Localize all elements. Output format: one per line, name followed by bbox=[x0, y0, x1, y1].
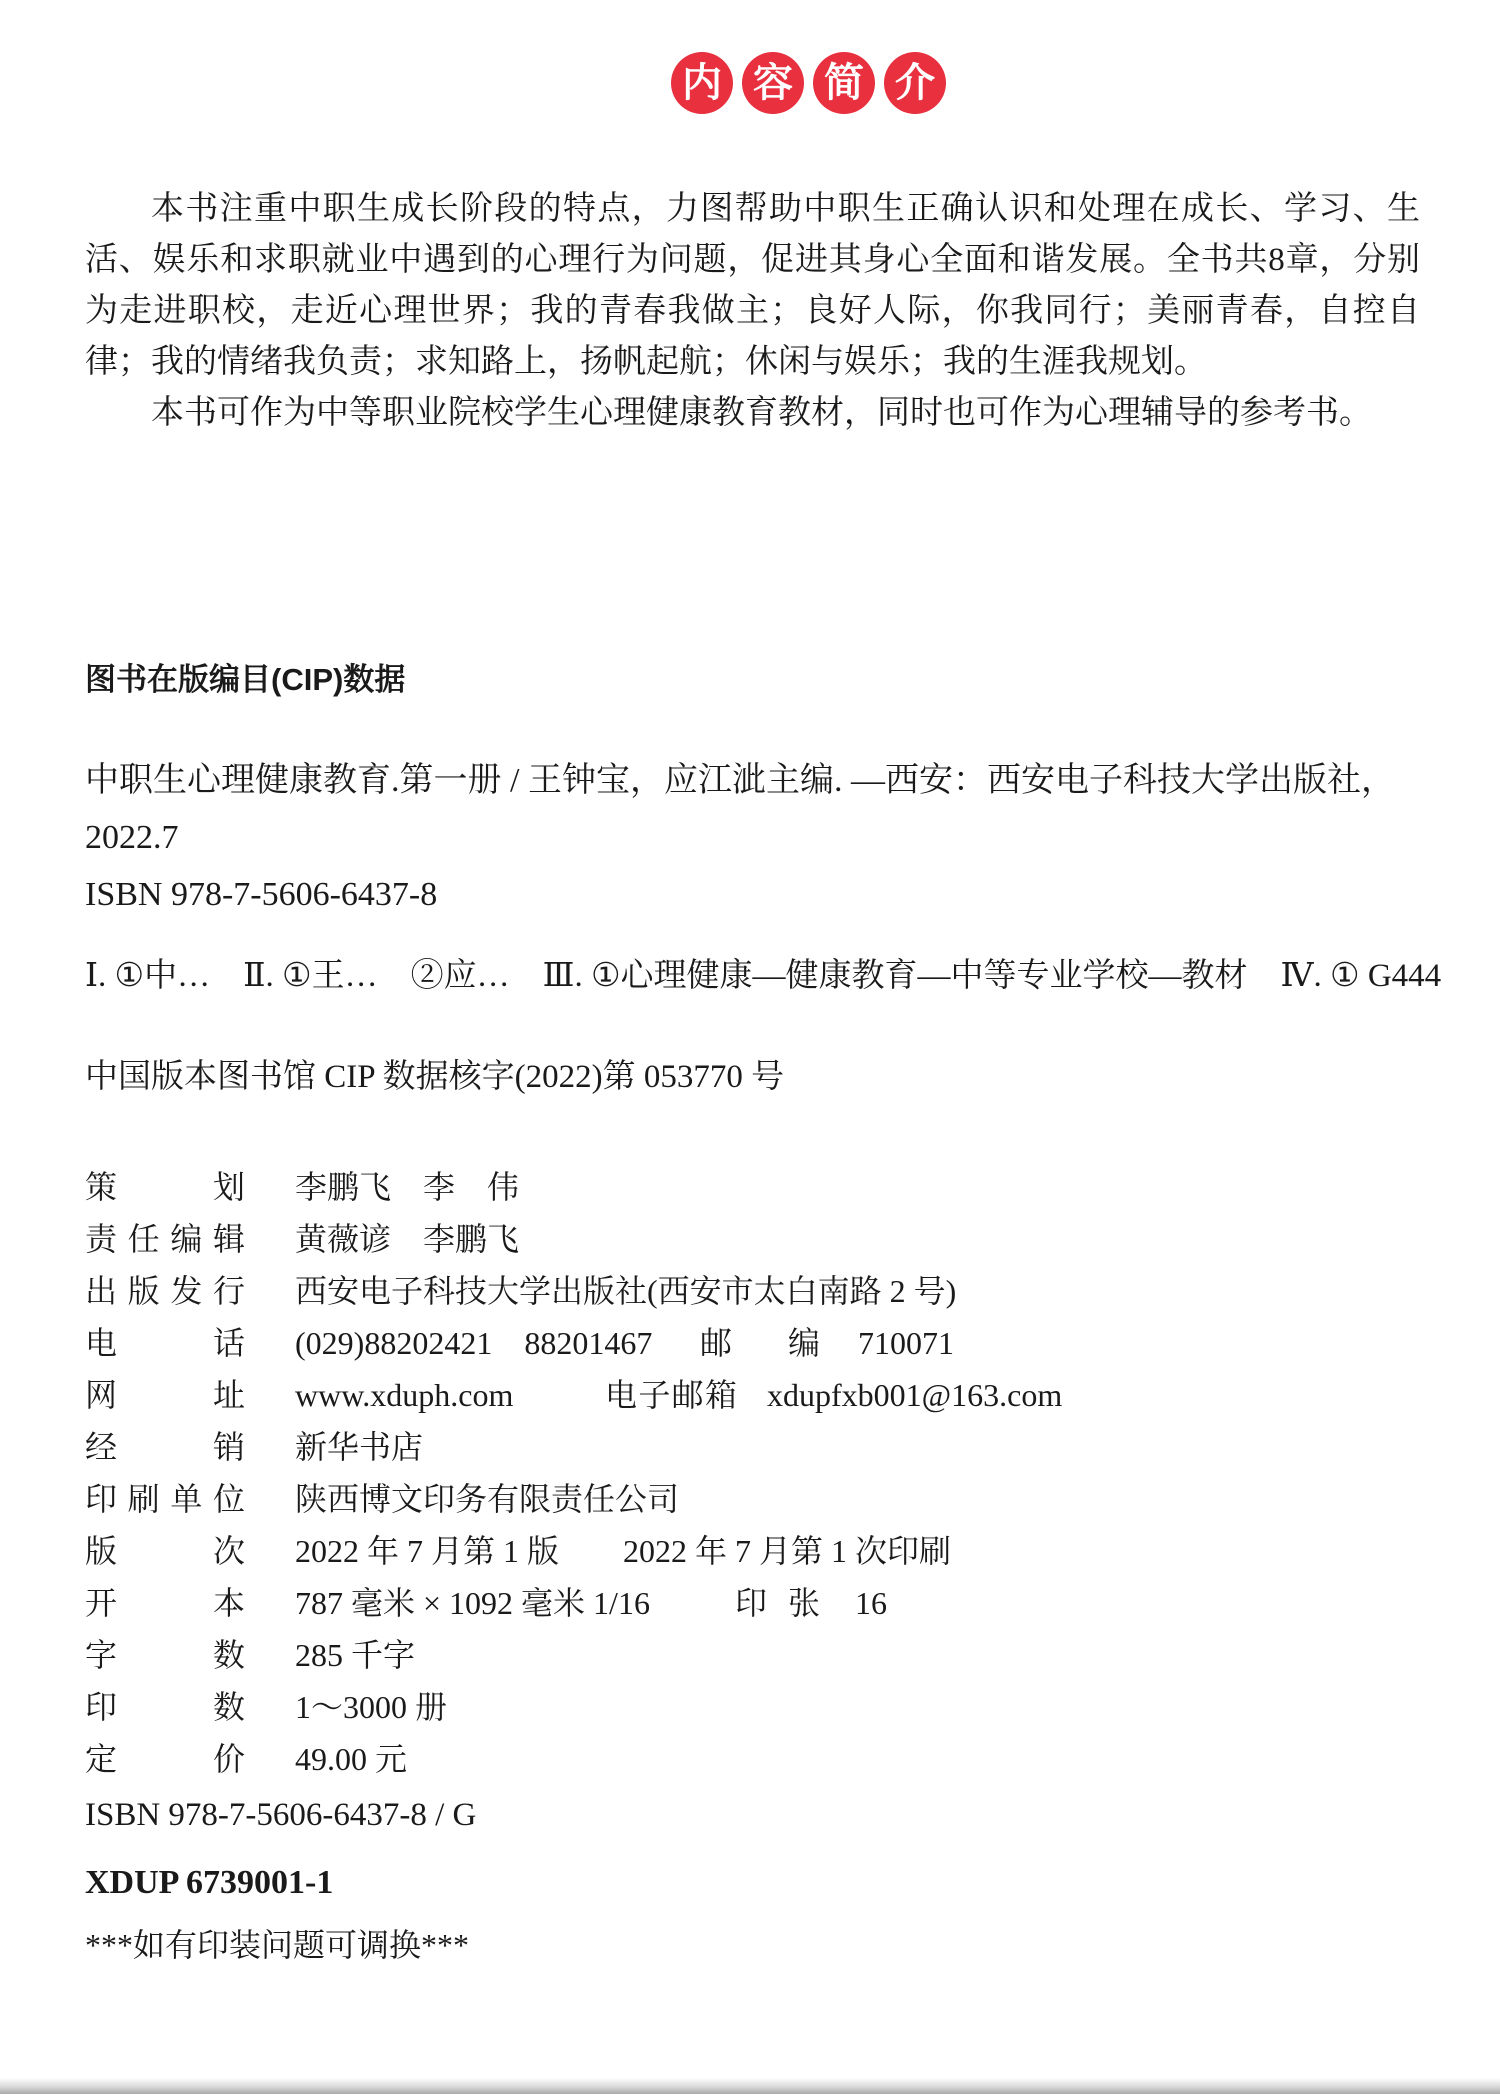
title-stamp-seal: 介 bbox=[884, 52, 946, 114]
row-label: 印刷单位 bbox=[85, 1473, 245, 1525]
cip-heading: 图书在版编目(CIP)数据 bbox=[85, 658, 1420, 702]
row-format: 开本787 毫米 × 1092 毫米 1/16 印张16 bbox=[85, 1577, 1420, 1629]
row-distribution: 经销新华书店 bbox=[85, 1421, 1420, 1473]
xdup-code: XDUP 6739001-1 bbox=[85, 1861, 1420, 1905]
row-label: 电话 bbox=[85, 1317, 245, 1369]
row-value: 西安电子科技大学出版社(西安市太白南路 2 号) bbox=[295, 1273, 956, 1309]
row-label: 开本 bbox=[85, 1577, 245, 1629]
title-stamp-seal: 简 bbox=[813, 52, 875, 114]
row-print-run: 印数1～3000 册 bbox=[85, 1681, 1420, 1733]
row-label: 定价 bbox=[85, 1733, 245, 1785]
row-website: 网址www.xduph.com 电子邮箱xdupfxb001@163.com bbox=[85, 1369, 1420, 1421]
row-label: 出版发行 bbox=[85, 1265, 245, 1317]
row-edition: 版次2022 年 7 月第 1 版 2022 年 7 月第 1 次印刷 bbox=[85, 1525, 1420, 1577]
row-label: 策划 bbox=[85, 1161, 245, 1213]
row-value: xdupfxb001@163.com bbox=[767, 1377, 1062, 1413]
row-label: 印数 bbox=[85, 1681, 245, 1733]
cip-registry-number: 中国版本图书馆 CIP 数据核字(2022)第 053770 号 bbox=[85, 1052, 1420, 1103]
intro-paragraph-1: 本书注重中职生成长阶段的特点，力图帮助中职生正确认识和处理在成长、学习、生活、娱… bbox=[85, 184, 1420, 388]
row-label: 网址 bbox=[85, 1369, 245, 1421]
row-value: 黄薇谚 李鹏飞 bbox=[295, 1221, 519, 1257]
page-content: 内 容 简 介 本书注重中职生成长阶段的特点，力图帮助中职生正确认识和处理在成长… bbox=[0, 0, 1500, 1967]
row-phone: 电话(029)88202421 88201467 邮编710071 bbox=[85, 1317, 1420, 1369]
cip-record-line-2: 2022.7 bbox=[85, 809, 1420, 866]
row-planning: 策划李鹏飞 李 伟 bbox=[85, 1161, 1420, 1213]
row-label: 经销 bbox=[85, 1421, 245, 1473]
row-email: 电子邮箱xdupfxb001@163.com bbox=[605, 1369, 1062, 1421]
title-stamp-seal: 容 bbox=[742, 52, 804, 114]
content-intro-title: 内 容 简 介 bbox=[141, 52, 1476, 114]
row-value: 陕西博文印务有限责任公司 bbox=[295, 1481, 679, 1517]
row-value: 新华书店 bbox=[295, 1429, 423, 1465]
row-managing-editor: 责任编辑黄薇谚 李鹏飞 bbox=[85, 1213, 1420, 1265]
row-label: 字数 bbox=[85, 1629, 245, 1681]
reprint-exchange-note: ***如有印装问题可调换*** bbox=[85, 1923, 1420, 1967]
cip-record: 中职生心理健康教育.第一册 / 王钟宝，应江泚主编. —西安：西安电子科技大学出… bbox=[85, 752, 1420, 923]
row-word-count: 字数285 千字 bbox=[85, 1629, 1420, 1681]
cip-record-isbn: ISBN 978-7-5606-6437-8 bbox=[85, 866, 1420, 923]
row-value: 1～3000 册 bbox=[295, 1689, 447, 1725]
row-printer: 印刷单位陕西博文印务有限责任公司 bbox=[85, 1473, 1420, 1525]
row-label: 印张 bbox=[735, 1577, 820, 1629]
book-copyright-page: 内 容 简 介 本书注重中职生成长阶段的特点，力图帮助中职生正确认识和处理在成长… bbox=[0, 0, 1500, 2094]
colophon: 策划李鹏飞 李 伟 责任编辑黄薇谚 李鹏飞 出版发行西安电子科技大学出版社(西安… bbox=[85, 1161, 1420, 1785]
cip-record-line-1: 中职生心理健康教育.第一册 / 王钟宝，应江泚主编. —西安：西安电子科技大学出… bbox=[85, 752, 1420, 809]
row-price: 定价49.00 元 bbox=[85, 1733, 1420, 1785]
isbn-full-line: ISBN 978-7-5606-6437-8 / G bbox=[85, 1791, 1420, 1839]
row-value: 李鹏飞 李 伟 bbox=[295, 1169, 519, 1205]
page-edge-shadow bbox=[0, 2078, 1500, 2094]
row-label: 电子邮箱 bbox=[605, 1369, 737, 1421]
cip-classification: Ⅰ. ①中… Ⅱ. ①王… ②应… Ⅲ. ①心理健康—健康教育—中等专业学校—教… bbox=[85, 951, 1420, 1002]
row-label: 责任编辑 bbox=[85, 1213, 245, 1265]
row-printed-sheets: 印张16 bbox=[735, 1577, 887, 1629]
row-publisher: 出版发行西安电子科技大学出版社(西安市太白南路 2 号) bbox=[85, 1265, 1420, 1317]
row-label: 邮编 bbox=[700, 1317, 820, 1369]
row-postal-code: 邮编710071 bbox=[700, 1317, 954, 1369]
content-introduction: 本书注重中职生成长阶段的特点，力图帮助中职生正确认识和处理在成长、学习、生活、娱… bbox=[85, 184, 1420, 439]
title-stamp-seal: 内 bbox=[671, 52, 733, 114]
row-value: 16 bbox=[855, 1585, 887, 1621]
row-value: 49.00 元 bbox=[295, 1741, 407, 1777]
row-value: 787 毫米 × 1092 毫米 1/16 bbox=[295, 1585, 650, 1621]
row-label: 版次 bbox=[85, 1525, 245, 1577]
row-value: www.xduph.com bbox=[295, 1377, 513, 1413]
row-value: 710071 bbox=[858, 1325, 954, 1361]
row-value: (029)88202421 88201467 bbox=[295, 1325, 652, 1361]
intro-paragraph-2: 本书可作为中等职业院校学生心理健康教育教材，同时也可作为心理辅导的参考书。 bbox=[85, 388, 1420, 439]
row-value: 285 千字 bbox=[295, 1637, 415, 1673]
row-value: 2022 年 7 月第 1 版 2022 年 7 月第 1 次印刷 bbox=[295, 1533, 951, 1569]
